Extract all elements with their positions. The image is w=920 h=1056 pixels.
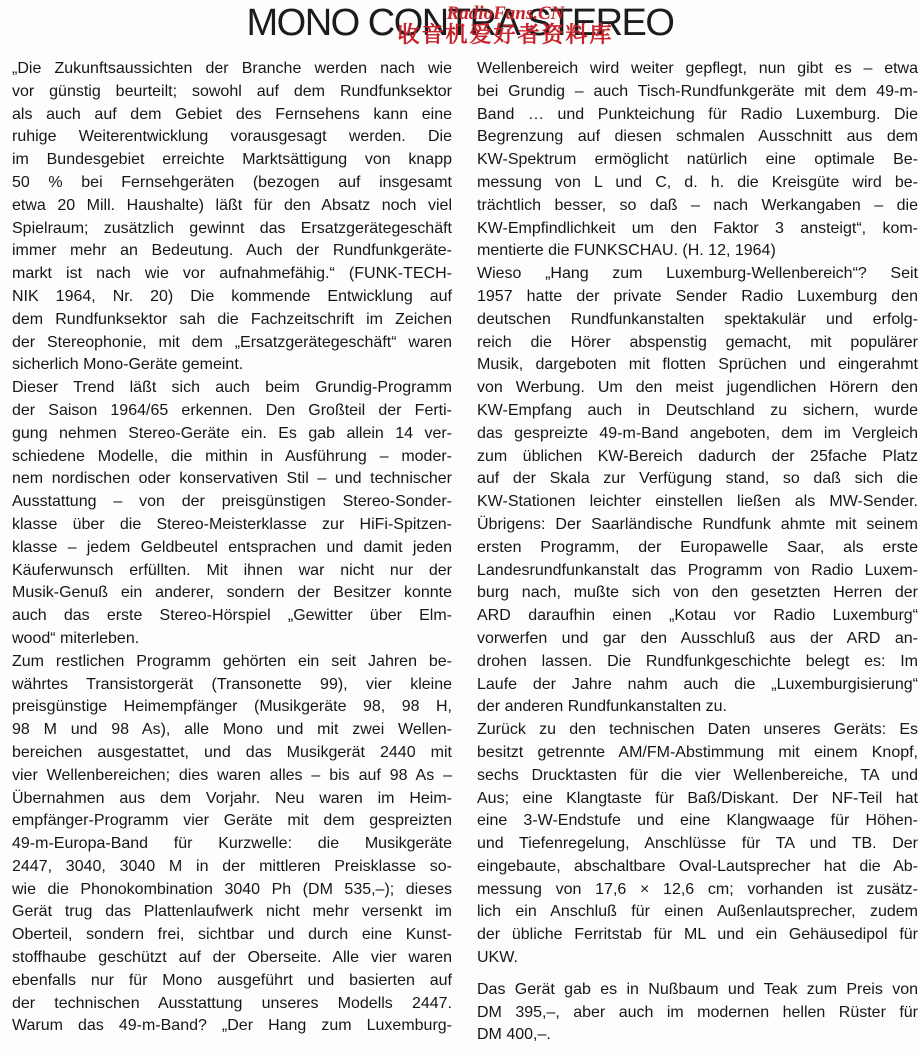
text-line: mentierte die FUNKSCHAU. (H. 12, 1964) xyxy=(477,240,918,263)
text-line: ersten Programm, der Europawelle Saar, a… xyxy=(477,537,918,560)
text-line: Laufe der Jahre nahm auch die „Luxemburg… xyxy=(477,674,918,697)
text-line: trächtlich besser, so daß – nach Werkang… xyxy=(477,195,918,218)
text-line: Das Gerät gab es in Nußbaum und Teak zum… xyxy=(477,979,918,1002)
text-line: Aus; eine Klangtaste für Baß/Diskant. De… xyxy=(477,788,918,811)
text-line: sicherlich Mono-Geräte gemeint. xyxy=(12,354,452,377)
text-line: der anderen Rundfunkanstalten zu. xyxy=(477,696,918,719)
text-line: Begrenzung auf diesen schmalen Ausschnit… xyxy=(477,126,918,149)
text-line: UKW. xyxy=(477,947,918,970)
text-line: 2447, 3040, 3040 M in der mittleren Prei… xyxy=(12,856,452,879)
text-line: 50 % bei Fernsehgeräten (bezogen auf ins… xyxy=(12,172,452,195)
text-line: etwa 20 Mill. Haushalte) läßt für den Ab… xyxy=(12,195,452,218)
text-line: KW-Empfang auch in Deutschland zu sicher… xyxy=(477,400,918,423)
text-line: schiedene Modelle, die mithin in Ausführ… xyxy=(12,446,452,469)
text-line: eine 3-W-Endstufe und eine Klangwaage fü… xyxy=(477,810,918,833)
magazine-page: MONO CONTRA STEREO RadioFans.CN 收音机爱好者资料… xyxy=(0,0,920,1056)
text-line: 49-m-Europa-Band für Kurzwelle: die Musi… xyxy=(12,833,452,856)
text-line: NIK 1964, Nr. 20) Die kommende Entwicklu… xyxy=(12,286,452,309)
text-line: sechs Drucktasten für die vier Wellenber… xyxy=(477,765,918,788)
text-line: wie die Phonokombination 3040 Ph (DM 535… xyxy=(12,879,452,902)
text-line: Warum das 49-m-Band? „Der Hang zum Luxem… xyxy=(12,1015,452,1038)
text-line: klasse über die Stereo-Meisterklasse zur… xyxy=(12,514,452,537)
text-line: markt ist nach wie vor aufnahmefähig.“ (… xyxy=(12,263,452,286)
text-line: vier Wellenbereichen; dies waren alles –… xyxy=(12,765,452,788)
text-line: klasse – jedem Geldbeutel entsprachen un… xyxy=(12,537,452,560)
text-line: Gerät trug das Plattenlaufwerk nicht meh… xyxy=(12,901,452,924)
text-line: Wellenbereich wird weiter gepflegt, nun … xyxy=(477,58,918,81)
text-line: Oberteil, sondern frei, sichtbar und dur… xyxy=(12,924,452,947)
left-column: „Die Zukunftsaussichten der Branche werd… xyxy=(12,58,452,1038)
text-line: 98 M und 98 As), alle Mono und mit zwei … xyxy=(12,719,452,742)
text-line: Ausstattung – von der preisgünstigen Ste… xyxy=(12,491,452,514)
text-line: immer mehr an Bedeutung. Auch der Rundfu… xyxy=(12,240,452,263)
text-line: auch das erste Stereo-Hörspiel „Gewitter… xyxy=(12,605,452,628)
text-line: der technischen Ausstattung unseres Mode… xyxy=(12,993,452,1016)
text-line: messung von L und C, d. h. die Kreisgüte… xyxy=(477,172,918,195)
text-line: ruhige Weiterentwicklung vorausgesagt we… xyxy=(12,126,452,149)
text-line: Übernahmen aus dem Vorjahr. Neu waren im… xyxy=(12,788,452,811)
text-line: währtes Transistorgerät (Transonette 99)… xyxy=(12,674,452,697)
text-line: ARD daraufhin einen „Kotau vor Radio Lux… xyxy=(477,605,918,628)
text-line: empfänger-Programm vier Geräte mit dem g… xyxy=(12,810,452,833)
text-line: KW-Stationen leichter einstellen ließen … xyxy=(477,491,918,514)
text-line: und Tiefenregelung, Anschlüsse für TA un… xyxy=(477,833,918,856)
text-line: auf der Skala zur Verfügung stand, so da… xyxy=(477,468,918,491)
text-line: vor günstig beurteilt; sowohl auf dem Ru… xyxy=(12,81,452,104)
text-line: Zum restlichen Programm gehörten ein sei… xyxy=(12,651,452,674)
text-line: deutschen Rundfunkanstalten spektakulär … xyxy=(477,309,918,332)
text-line: Spielraum; zusätzlich gewinnt das Ersatz… xyxy=(12,218,452,241)
text-line: der Saison 1964/65 erkennen. Den Großtei… xyxy=(12,400,452,423)
text-line: KW-Empfindlichkeit um den Faktor 3 anste… xyxy=(477,218,918,241)
text-line: Musik, dargeboten mit flotten Sprüchen u… xyxy=(477,354,918,377)
text-line: Wieso „Hang zum Luxemburg-Wellenbereich“… xyxy=(477,263,918,286)
title-area: MONO CONTRA STEREO xyxy=(0,0,920,48)
text-line: zum üblichen KW-Bereich dadurch der 25fa… xyxy=(477,446,918,469)
text-line: Landesrundfunkanstalt das Programm von R… xyxy=(477,560,918,583)
text-line: vorwerfen und gar den Ausschluß aus der … xyxy=(477,628,918,651)
text-line: burg nach, mußte sich von den gesetzten … xyxy=(477,582,918,605)
text-line: der Stereophonie, mit dem „Ersatzgeräteg… xyxy=(12,332,452,355)
text-line: bei Grundig – auch Tisch-Rundfunkgeräte … xyxy=(477,81,918,104)
text-line: messung von 17,6 × 12,6 cm; vorhanden is… xyxy=(477,879,918,902)
text-line: ebenfalls nur für Mono ausgeführt und ba… xyxy=(12,970,452,993)
text-line: DM 400,–. xyxy=(477,1024,918,1047)
text-line: stoffhaube geschützt auf der Oberseite. … xyxy=(12,947,452,970)
text-line: als auch auf dem Gebiet des Fernsehens k… xyxy=(12,104,452,127)
text-line: besitzt getrennte AM/FM-Abstimmung mit e… xyxy=(477,742,918,765)
text-line: DM 395,–, aber auch im modernen hellen R… xyxy=(477,1002,918,1025)
text-line: reich die Hörer abspenstig gemacht, mit … xyxy=(477,332,918,355)
text-line: „Die Zukunftsaussichten der Branche werd… xyxy=(12,58,452,81)
page-title: MONO CONTRA STEREO xyxy=(247,0,674,44)
text-line: dem Rundfunksektor sah die Fachzeitschri… xyxy=(12,309,452,332)
text-line: wood“ miterleben. xyxy=(12,628,452,651)
text-line: bereichen ausgestattet, und das Musikger… xyxy=(12,742,452,765)
text-line: Übrigens: Der Saarländische Rundfunk ahm… xyxy=(477,514,918,537)
text-line: von Werbung. Um den meist jugendlichen H… xyxy=(477,377,918,400)
text-line: Käuferwunsch erfüllten. Mit ihnen war ni… xyxy=(12,560,452,583)
text-line: Zurück zu den technischen Daten unseres … xyxy=(477,719,918,742)
right-column: Wellenbereich wird weiter gepflegt, nun … xyxy=(477,58,918,1047)
text-line: 1957 hatte der private Sender Radio Luxe… xyxy=(477,286,918,309)
text-line: drohen lassen. Die Rundfunkgeschichte be… xyxy=(477,651,918,674)
text-line: preisgünstige Heimempfänger (Musikgeräte… xyxy=(12,696,452,719)
text-line: lich ein Anschluß für einen Außenlautspr… xyxy=(477,901,918,924)
text-line: im Bundesgebiet erreichte Marktsättigung… xyxy=(12,149,452,172)
text-line: eingebaute, abschaltbare Oval-Lautsprech… xyxy=(477,856,918,879)
text-line: das gespreizte 49-m-Band angeboten, dem … xyxy=(477,423,918,446)
text-line: Dieser Trend läßt sich auch beim Grundig… xyxy=(12,377,452,400)
text-line: gung nehmen Stereo-Geräte ein. Es gab al… xyxy=(12,423,452,446)
text-line: der übliche Ferritstab für ML und ein Ge… xyxy=(477,924,918,947)
text-line: Band … und Punkteichung für Radio Luxemb… xyxy=(477,104,918,127)
text-line: Musik-Genuß ein anderer, sondern der Bes… xyxy=(12,582,452,605)
text-line: KW-Spektrum ermöglicht natürlich eine op… xyxy=(477,149,918,172)
text-line: nem nordischen oder konservativen Stil –… xyxy=(12,468,452,491)
